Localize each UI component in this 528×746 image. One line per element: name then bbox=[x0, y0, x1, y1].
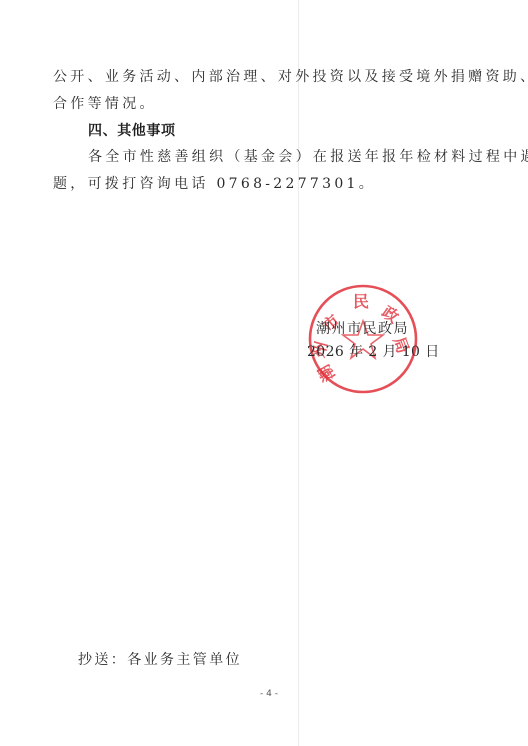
body-text-line: 公开、业务活动、内部治理、对外投资以及接受境外捐赠资助、涉外 bbox=[53, 68, 528, 86]
body-text-line: 题，可拨打咨询电话 0768-2277301。 bbox=[53, 175, 376, 193]
svg-text:民: 民 bbox=[353, 292, 369, 311]
issuing-organization: 潮州市民政局 bbox=[316, 320, 409, 338]
page-fold-line bbox=[298, 0, 299, 746]
official-seal-stamp-icon: 市 民 政 局 州 潮 bbox=[307, 283, 419, 395]
document-page: 公开、业务活动、内部治理、对外投资以及接受境外捐赠资助、涉外 合作等情况。 四、… bbox=[0, 0, 528, 746]
body-text-line: 合作等情况。 bbox=[53, 95, 157, 113]
page-number: - 4 - bbox=[258, 688, 280, 700]
section-heading: 四、其他事项 bbox=[88, 122, 176, 140]
issue-date: 2026 年 2 月 10 日 bbox=[307, 343, 440, 361]
cc-recipients: 抄送：各业务主管单位 bbox=[78, 651, 242, 669]
body-text-line: 各全市性慈善组织（基金会）在报送年报年检材料过程中遇到问 bbox=[88, 148, 528, 166]
